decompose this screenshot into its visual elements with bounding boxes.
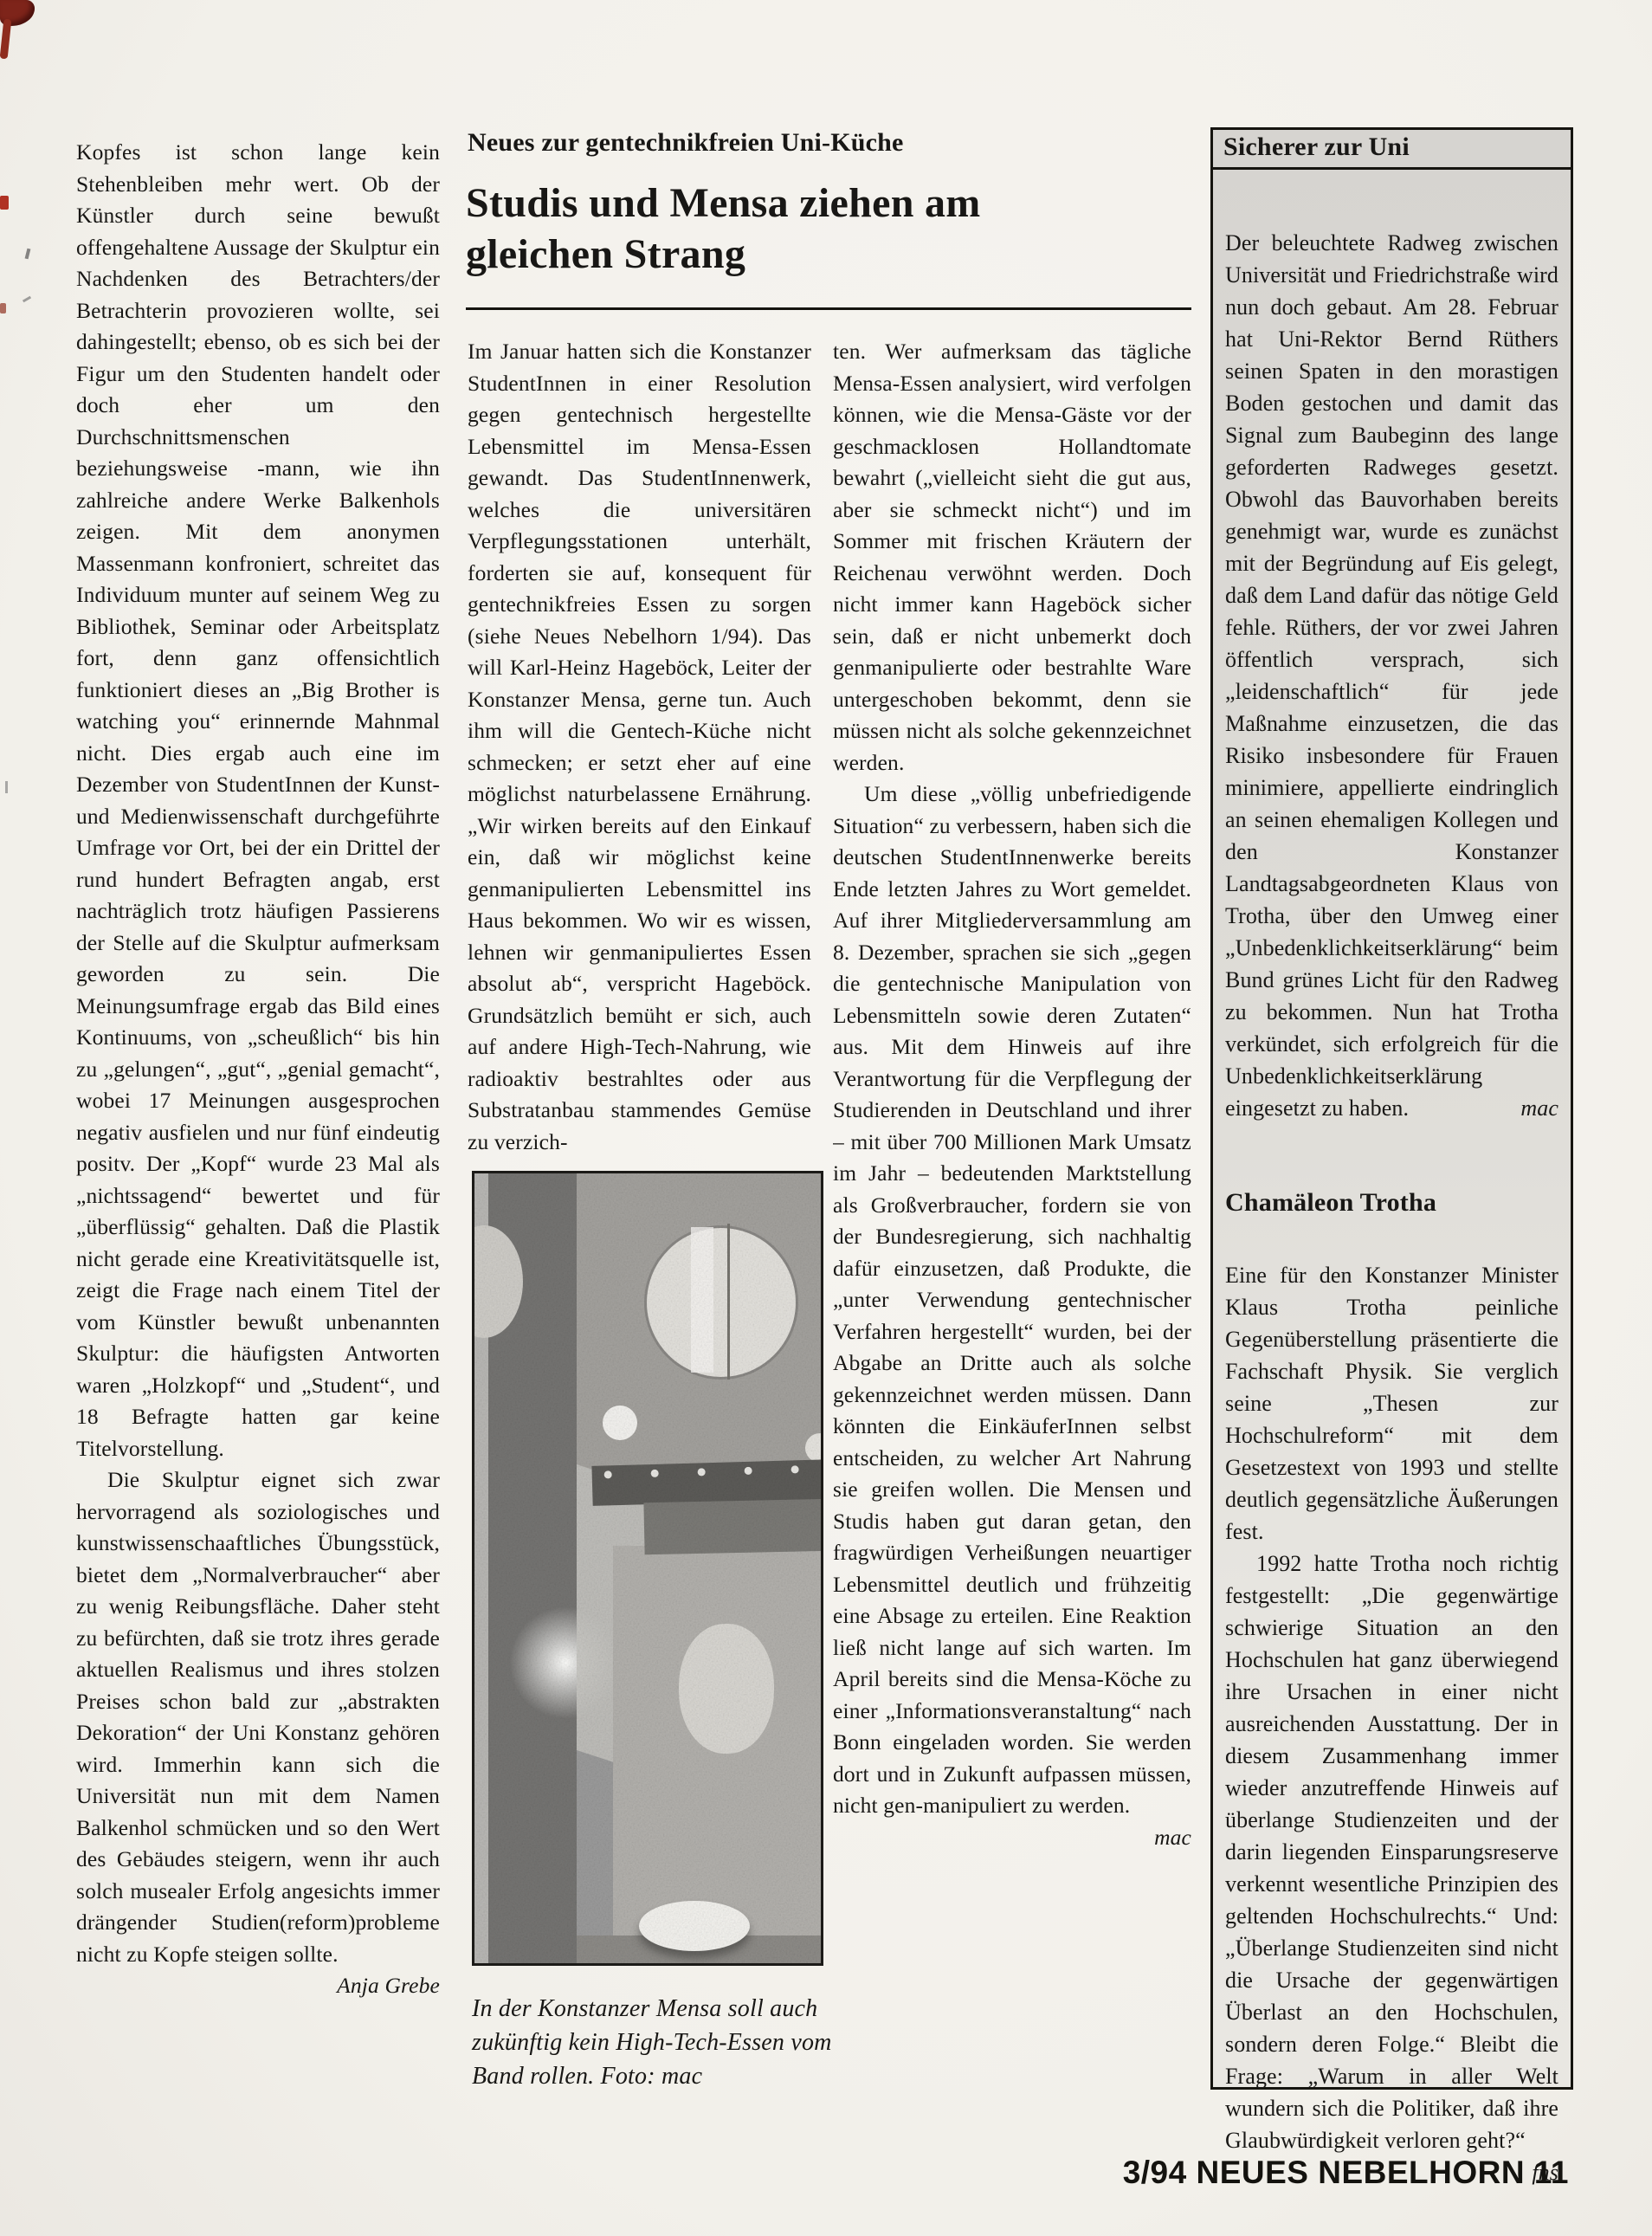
main-article-column-2: ten. Wer aufmerksam das tägliche Mensa-E…: [833, 336, 1191, 2155]
newspaper-page: Kopfes ist schon lange kein Stehenbleibe…: [0, 0, 1652, 2236]
main-article-column-1: Im Januar hatten sich die Konstanzer Stu…: [468, 336, 811, 1159]
sidebar-article-2-body: Eine für den Konstanzer Minister Klaus T…: [1225, 1259, 1558, 2156]
main-article-paragraph: Um diese „völlig unbefriedigende Situati…: [833, 779, 1191, 1822]
left-article-paragraph: Die Skulptur eignet sich zwar hervorrage…: [76, 1464, 440, 1970]
scan-artifact: [23, 296, 31, 303]
main-article-paragraph: Im Januar hatten sich die Konstanzer Stu…: [468, 336, 811, 1158]
article-kicker: Neues zur gentechnikfreien Uni-Küche: [468, 128, 1195, 158]
left-article-column: Kopfes ist schon lange kein Stehenbleibe…: [76, 137, 440, 2148]
author-signature: mac: [1107, 1822, 1191, 1854]
main-article-paragraph: ten. Wer aufmerksam das tägliche Mensa-E…: [833, 336, 1191, 779]
page-footer: 3/94 NEUES NEBELHORN 11: [1123, 2155, 1569, 2191]
left-article-paragraph-text: Die Skulptur eignet sich zwar hervorrage…: [76, 1467, 440, 1967]
author-signature: mac: [1505, 1092, 1558, 1124]
sidebar-article-1-body: Der beleuchtete Radweg zwischen Universi…: [1225, 227, 1558, 1124]
scan-artifact: [0, 303, 6, 313]
headline-rule: [466, 307, 1191, 310]
photo-grain-texture: [474, 1173, 821, 1963]
sidebar-paragraph-text: 1992 hatte Trotha noch richtig festgeste…: [1225, 1551, 1558, 2153]
main-article-paragraph-text: Um diese „völlig unbefriedigende Situati…: [833, 781, 1191, 1818]
sidebar-box: Sicherer zur Uni Der beleuchtete Radweg …: [1210, 127, 1573, 2090]
sidebar-paragraph: 1992 hatte Trotha noch richtig festgeste…: [1225, 1548, 1558, 2156]
scan-artifact: [25, 249, 31, 260]
left-article-paragraph: Kopfes ist schon lange kein Stehenbleibe…: [76, 137, 440, 1464]
sidebar-paragraph: Der beleuchtete Radweg zwischen Universi…: [1225, 227, 1558, 1124]
headline-line2: gleichen Strang: [466, 231, 745, 277]
article-headline: Studis und Mensa ziehen am gleichen Stra…: [466, 178, 1210, 280]
sidebar-paragraph: Eine für den Konstanzer Minister Klaus T…: [1225, 1259, 1558, 1548]
author-signature: Anja Grebe: [290, 1970, 440, 2002]
mensa-photo: [472, 1171, 823, 1966]
photo-caption: In der Konstanzer Mensa soll auch zukünf…: [472, 1992, 853, 2093]
scan-artifact: [5, 781, 8, 793]
scan-artifact: [0, 19, 11, 60]
sidebar-article-2-title: Chamäleon Trotha: [1225, 1188, 1558, 1218]
sidebar-article-1-title: Sicherer zur Uni: [1213, 130, 1571, 170]
headline-line1: Studis und Mensa ziehen am: [466, 180, 981, 226]
scan-artifact: [0, 196, 9, 210]
sidebar-paragraph-text: Der beleuchtete Radweg zwischen Universi…: [1225, 230, 1558, 1121]
